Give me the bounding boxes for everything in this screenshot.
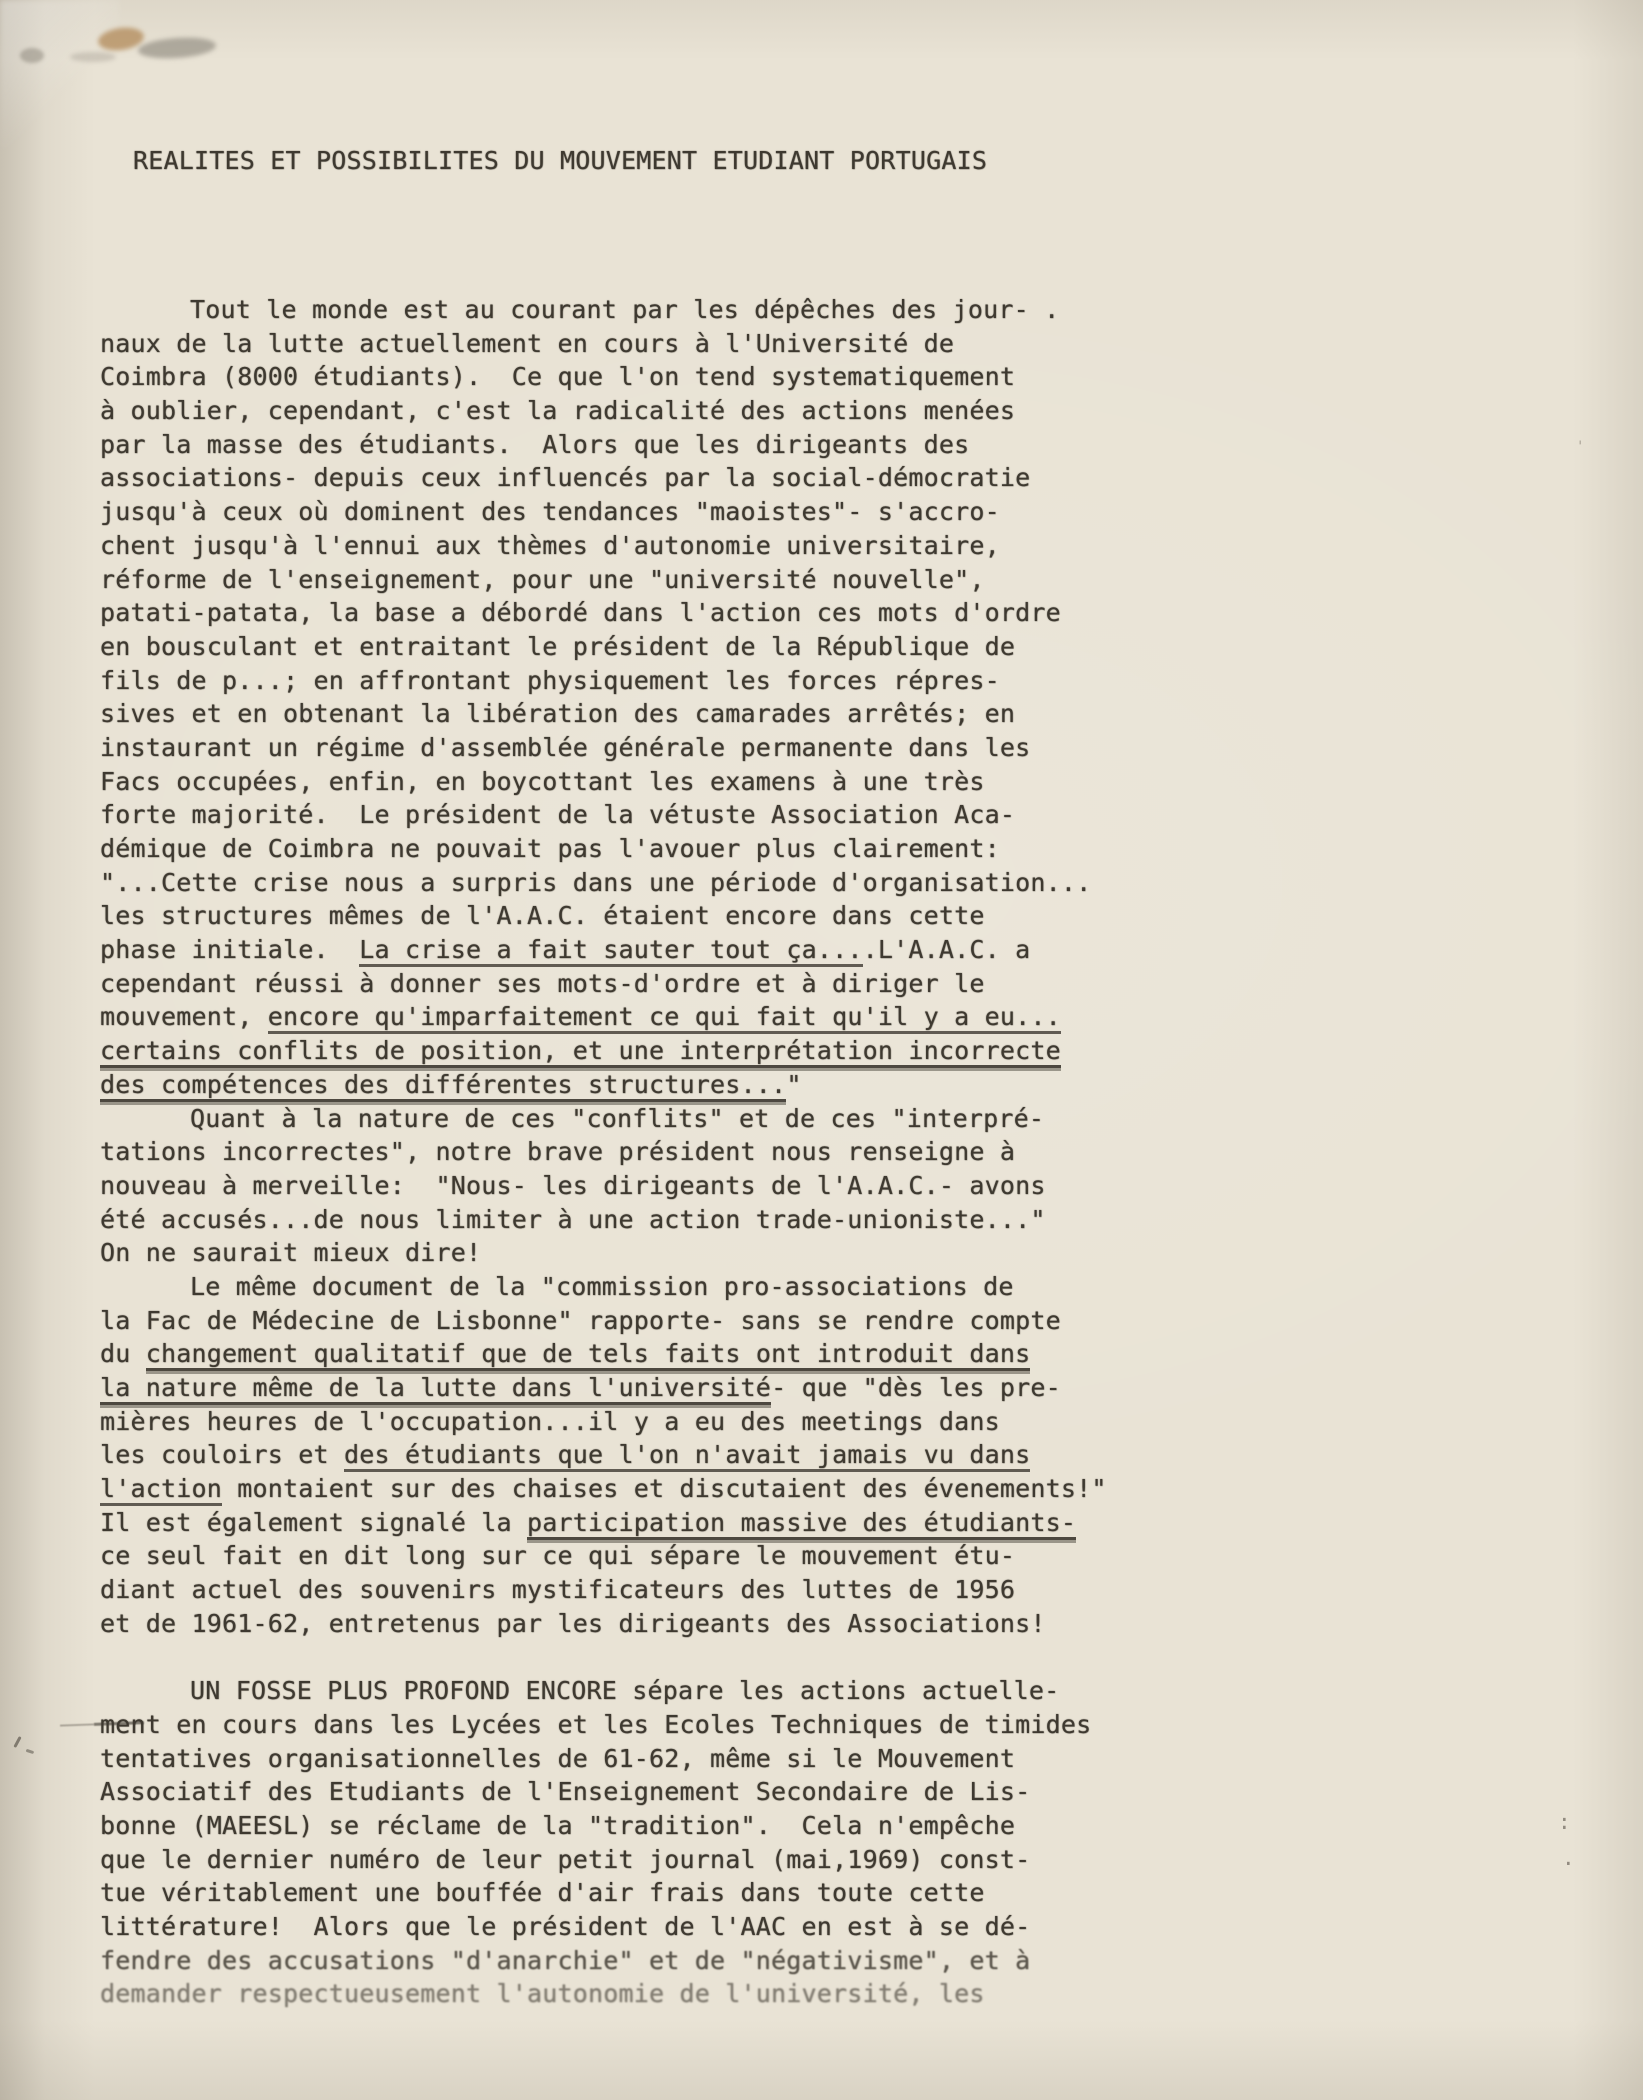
- ink-speck: :: [1558, 1812, 1571, 1833]
- text-segment: Coimbra (8000 étudiants). Ce que l'on te…: [100, 362, 1015, 391]
- underlined-text: la nature même de la lutte dans l'univer…: [100, 1373, 771, 1402]
- text-line: les structures mêmes de l'A.A.C. étaient…: [100, 899, 1600, 933]
- text-segment: instaurant un régime d'assemblée général…: [100, 733, 1030, 762]
- text-line: littérature! Alors que le président de l…: [100, 1910, 1600, 1944]
- paper-crease: [0, 0, 120, 150]
- text-line: nouveau à merveille: "Nous- les dirigean…: [100, 1169, 1600, 1203]
- text-segment: On ne saurait mieux dire!: [100, 1238, 481, 1267]
- ink-speck: .: [1562, 1848, 1575, 1869]
- text-segment: "...Cette crise nous a surpris dans une …: [100, 868, 1091, 897]
- text-segment: démique de Coimbra ne pouvait pas l'avou…: [100, 834, 1000, 863]
- text-segment: du: [100, 1339, 146, 1368]
- underlined-text: des étudiants que l'on n'avait jamais vu…: [344, 1440, 1030, 1469]
- text-line: la Fac de Médecine de Lisbonne" rapporte…: [100, 1304, 1600, 1338]
- text-segment: sives et en obtenant la libération des c…: [100, 699, 1015, 728]
- text-line: ce seul fait en dit long sur ce qui sépa…: [100, 1539, 1600, 1573]
- margin-check-mark: [13, 1736, 21, 1748]
- gray-stain-small: [20, 48, 44, 63]
- text-line: chent jusqu'à l'ennui aux thèmes d'auton…: [100, 529, 1600, 563]
- text-segment: ": [786, 1070, 801, 1099]
- underlined-text: La crise a fait sauter tout ça...: [359, 935, 862, 964]
- text-segment: nouveau à merveille: "Nous- les dirigean…: [100, 1171, 1046, 1200]
- text-segment: demander respectueusement l'autonomie de…: [100, 1979, 985, 2008]
- text-segment: .L'A.A.C. a: [863, 935, 1031, 964]
- text-line: Facs occupées, enfin, en boycottant les …: [100, 765, 1600, 799]
- text-line: Coimbra (8000 étudiants). Ce que l'on te…: [100, 360, 1600, 394]
- text-segment: Il est également signalé la: [100, 1508, 527, 1537]
- underlined-text: des compétences des différentes structur…: [100, 1070, 786, 1099]
- ink-speck: ': [1576, 440, 1584, 454]
- text-segment: fils de p...; en affrontant physiquement…: [100, 666, 1000, 695]
- text-segment: forte majorité. Le président de la vétus…: [100, 800, 1015, 829]
- text-line: par la masse des étudiants. Alors que le…: [100, 428, 1600, 462]
- text-segment: phase initiale.: [100, 935, 359, 964]
- text-segment: réforme de l'enseignement, pour une "uni…: [100, 565, 985, 594]
- gray-stain: [137, 35, 216, 60]
- text-segment: tue véritablement une bouffée d'air frai…: [100, 1878, 985, 1907]
- text-segment: et de 1961-62, entretenus par les dirige…: [100, 1609, 1046, 1638]
- text-line: diant actuel des souvenirs mystificateur…: [100, 1573, 1600, 1607]
- underlined-text: participation massive des étudiants-: [527, 1508, 1076, 1537]
- underlined-text: changement qualitatif que de tels faits …: [146, 1339, 1031, 1368]
- text-line: ment en cours dans les Lycées et les Eco…: [100, 1708, 1600, 1742]
- text-segment: jusqu'à ceux où dominent des tendances "…: [100, 497, 1000, 526]
- text-segment: littérature! Alors que le président de l…: [100, 1912, 1030, 1941]
- text-segment: bonne (MAEESL) se réclame de la "traditi…: [100, 1811, 1015, 1840]
- text-segment: ment en cours dans les Lycées et les Eco…: [100, 1710, 1091, 1739]
- text-line: instaurant un régime d'assemblée général…: [100, 731, 1600, 765]
- text-segment: diant actuel des souvenirs mystificateur…: [100, 1575, 1015, 1604]
- text-line: UN FOSSE PLUS PROFOND ENCORE sépare les …: [100, 1674, 1600, 1708]
- text-line: des compétences des différentes structur…: [100, 1068, 1600, 1102]
- text-line: été accusés...de nous limiter à une acti…: [100, 1203, 1600, 1237]
- underlined-text: encore qu'imparfaitement ce qui fait qu'…: [268, 1002, 1061, 1031]
- text-line: jusqu'à ceux où dominent des tendances "…: [100, 495, 1600, 529]
- text-segment: naux de la lutte actuellement en cours à…: [100, 329, 954, 358]
- text-line: et de 1961-62, entretenus par les dirige…: [100, 1607, 1600, 1641]
- text-line: en bousculant et entraitant le président…: [100, 630, 1600, 664]
- text-segment: cependant réussi à donner ses mots-d'ord…: [100, 969, 985, 998]
- text-line: tentatives organisationnelles de 61-62, …: [100, 1742, 1600, 1776]
- text-segment: UN FOSSE PLUS PROFOND ENCORE sépare les …: [190, 1676, 1059, 1705]
- text-line: Quant à la nature de ces "conflits" et d…: [100, 1102, 1600, 1136]
- text-segment: tations incorrectes", notre brave présid…: [100, 1137, 1015, 1166]
- text-line: mouvement, encore qu'imparfaitement ce q…: [100, 1000, 1600, 1034]
- document-body: Tout le monde est au courant par les dép…: [100, 293, 1600, 2011]
- text-line: les couloirs et des étudiants que l'on n…: [100, 1438, 1600, 1472]
- text-line: Associatif des Etudiants de l'Enseigneme…: [100, 1775, 1600, 1809]
- document-page: REALITES ET POSSIBILITES DU MOUVEMENT ET…: [0, 0, 1643, 2100]
- text-segment: en bousculant et entraitant le président…: [100, 632, 1015, 661]
- text-line: certains conflits de position, et une in…: [100, 1034, 1600, 1068]
- text-line: tue véritablement une bouffée d'air frai…: [100, 1876, 1600, 1910]
- text-line: tations incorrectes", notre brave présid…: [100, 1135, 1600, 1169]
- text-segment: patati-patata, la base a débordé dans l'…: [100, 598, 1061, 627]
- text-line: sives et en obtenant la libération des c…: [100, 697, 1600, 731]
- text-segment: Associatif des Etudiants de l'Enseigneme…: [100, 1777, 1030, 1806]
- text-line: la nature même de la lutte dans l'univer…: [100, 1371, 1600, 1405]
- text-segment: les structures mêmes de l'A.A.C. étaient…: [100, 901, 985, 930]
- text-line: cependant réussi à donner ses mots-d'ord…: [100, 967, 1600, 1001]
- text-line: bonne (MAEESL) se réclame de la "traditi…: [100, 1809, 1600, 1843]
- text-line: mières heures de l'occupation...il y a e…: [100, 1405, 1600, 1439]
- text-line: l'action montaient sur des chaises et di…: [100, 1472, 1600, 1506]
- underlined-text: l'action: [100, 1474, 222, 1503]
- text-segment: été accusés...de nous limiter à une acti…: [100, 1205, 1046, 1234]
- text-line: du changement qualitatif que de tels fai…: [100, 1337, 1600, 1371]
- text-segment: à oublier, cependant, c'est la radicalit…: [100, 396, 1015, 425]
- pencil-dash-mark-faint: [60, 1723, 94, 1726]
- gray-stain-faint: [70, 52, 116, 62]
- text-segment: Le même document de la "commission pro-a…: [190, 1272, 1014, 1301]
- text-line: que le dernier numéro de leur petit jour…: [100, 1843, 1600, 1877]
- text-line: démique de Coimbra ne pouvait pas l'avou…: [100, 832, 1600, 866]
- text-segment: par la masse des étudiants. Alors que le…: [100, 430, 969, 459]
- text-segment: montaient sur des chaises et discutaient…: [222, 1474, 1107, 1503]
- text-segment: associations- depuis ceux influencés par…: [100, 463, 1030, 492]
- text-line: phase initiale. La crise a fait sauter t…: [100, 933, 1600, 967]
- margin-check-mark-tail: [26, 1749, 34, 1754]
- text-line: demander respectueusement l'autonomie de…: [100, 1977, 1600, 2011]
- text-line: Tout le monde est au courant par les dép…: [100, 293, 1600, 327]
- text-segment: - que "dès les pre-: [771, 1373, 1061, 1402]
- text-line: fendre des accusations "d'anarchie" et d…: [100, 1944, 1600, 1978]
- text-line: On ne saurait mieux dire!: [100, 1236, 1600, 1270]
- text-line: forte majorité. Le président de la vétus…: [100, 798, 1600, 832]
- text-line: réforme de l'enseignement, pour une "uni…: [100, 563, 1600, 597]
- text-segment: tentatives organisationnelles de 61-62, …: [100, 1744, 1015, 1773]
- text-line: Il est également signalé la participatio…: [100, 1506, 1600, 1540]
- text-segment: la Fac de Médecine de Lisbonne" rapporte…: [100, 1306, 1061, 1335]
- text-segment: Quant à la nature de ces "conflits" et d…: [190, 1104, 1044, 1133]
- text-segment: Facs occupées, enfin, en boycottant les …: [100, 767, 985, 796]
- text-line: fils de p...; en affrontant physiquement…: [100, 664, 1600, 698]
- text-segment: Tout le monde est au courant par les dép…: [190, 295, 1059, 324]
- text-segment: mouvement,: [100, 1002, 268, 1031]
- text-segment: ce seul fait en dit long sur ce qui sépa…: [100, 1541, 1015, 1570]
- underlined-text: certains conflits de position, et une in…: [100, 1036, 1061, 1065]
- text-segment: fendre des accusations "d'anarchie" et d…: [100, 1946, 1030, 1975]
- text-line: associations- depuis ceux influencés par…: [100, 461, 1600, 495]
- document-title: REALITES ET POSSIBILITES DU MOUVEMENT ET…: [133, 144, 987, 177]
- text-segment: chent jusqu'à l'ennui aux thèmes d'auton…: [100, 531, 1000, 560]
- text-segment: mières heures de l'occupation...il y a e…: [100, 1407, 1000, 1436]
- text-segment: les couloirs et: [100, 1440, 344, 1469]
- text-line: "...Cette crise nous a surpris dans une …: [100, 866, 1600, 900]
- text-line: naux de la lutte actuellement en cours à…: [100, 327, 1600, 361]
- text-line: Le même document de la "commission pro-a…: [100, 1270, 1600, 1304]
- text-segment: que le dernier numéro de leur petit jour…: [100, 1845, 1030, 1874]
- text-line: patati-patata, la base a débordé dans l'…: [100, 596, 1600, 630]
- text-line: à oublier, cependant, c'est la radicalit…: [100, 394, 1600, 428]
